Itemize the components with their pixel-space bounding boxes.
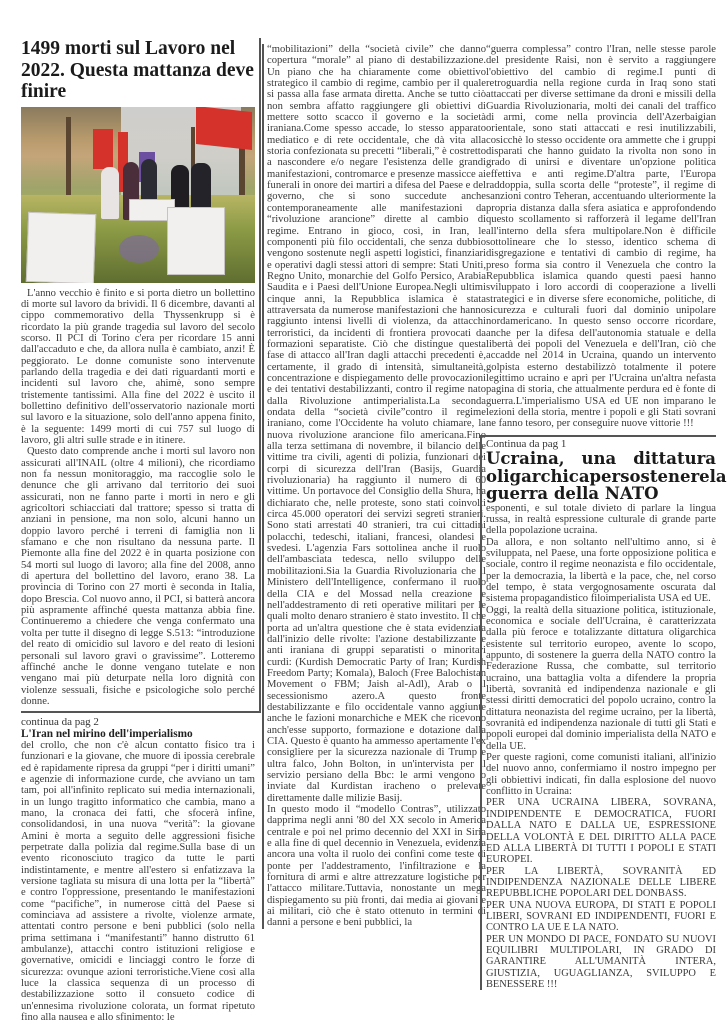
paragraph: In questo modo il “modello Contras”, uti… (267, 804, 486, 929)
paragraph: “mobilitazioni” della “società civile” c… (267, 44, 486, 804)
paragraph: Per queste ragioni, come comunisti itali… (486, 752, 716, 797)
paragraph: esponenti, e sul totale divieto di parla… (486, 503, 716, 537)
paragraph: “guerra complessa” contro l'Iran, nelle … (486, 44, 716, 430)
article-title: 1499 morti sul Lavoro nel 2022. Questa m… (21, 38, 255, 103)
article-photo (21, 107, 255, 283)
paragraph: del crollo, che non c'è alcun contatto f… (21, 740, 255, 1024)
paragraph: Oggi, la realtà della situazione politic… (486, 605, 716, 752)
continued-label: continua da pag 2 (21, 717, 255, 728)
column-middle: “mobilitazioni” della “società civile” c… (262, 44, 486, 929)
article-title: Ucraina, una dittatura oligarchica per s… (486, 450, 716, 503)
paragraph: L'anno vecchio è finito e si porta dietr… (21, 288, 255, 447)
paragraph: Questo dato comprende anche i morti sul … (21, 446, 255, 707)
article-subtitle: L'Iran nel mirino dell'imperialismo (21, 729, 255, 740)
slogan: PER UNA UCRAINA LIBERA, SOVRANA, INDIPEN… (486, 797, 716, 865)
protest-sign (26, 211, 96, 282)
protest-sign (167, 207, 225, 275)
article-morti-lavoro: 1499 morti sul Lavoro nel 2022. Questa m… (21, 38, 261, 713)
paragraph: Da allora, e non soltanto nell'ultimo an… (486, 537, 716, 605)
column-right: “guerra complessa” contro l'Iran, nelle … (486, 44, 716, 990)
slogan: PER LA LIBERTÀ, SOVRANITÀ ED INDIPENDENZ… (486, 866, 716, 900)
red-flag-icon (196, 107, 252, 150)
column-left: 1499 morti sul Lavoro nel 2022. Questa m… (21, 38, 255, 1024)
slogan: PER UNA NUOVA EUROPA, DI STATI E POPOLI … (486, 900, 716, 934)
slogan: PER UN MONDO DI PACE, FONDATO SU NUOVI E… (486, 934, 716, 991)
newspaper-page: 1499 morti sul Lavoro nel 2022. Questa m… (0, 0, 728, 1024)
article-ucraina: Continua da pag 1 Ucraina, una dittatura… (480, 435, 716, 991)
